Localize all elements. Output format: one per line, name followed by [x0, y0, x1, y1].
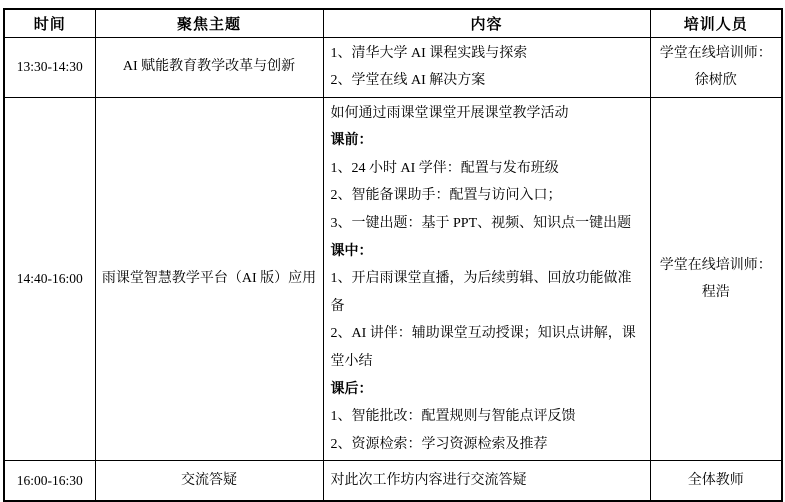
- header-time: 时间: [4, 9, 95, 37]
- content-line: 2、学堂在线 AI 解决方案: [331, 67, 643, 95]
- content-cell: 对此次工作坊内容进行交流答疑: [323, 461, 650, 501]
- time-cell: 16:00-16:30: [4, 461, 95, 501]
- topic-cell: AI 赋能教育教学改革与创新: [95, 37, 323, 97]
- content-line: 1、24 小时 AI 学伴：配置与发布班级: [331, 155, 643, 183]
- content-line: 2、资源检索：学习资源检索及推荐: [331, 431, 643, 459]
- trainer-line: 学堂在线培训师：: [655, 252, 778, 280]
- schedule-table: 时间 聚焦主题 内容 培训人员 13:30-14:30AI 赋能教育教学改革与创…: [3, 8, 783, 502]
- content-line: 2、智能备课助手：配置与访问入口；: [331, 182, 643, 210]
- trainer-cell: 学堂在线培训师：徐树欣: [650, 37, 782, 97]
- header-topic: 聚焦主题: [95, 9, 323, 37]
- trainer-line: 全体教师: [655, 467, 778, 495]
- trainer-line: 徐树欣: [655, 67, 778, 95]
- content-section-heading: 课前：: [331, 127, 643, 155]
- header-row: 时间 聚焦主题 内容 培训人员: [4, 9, 782, 37]
- header-trainer: 培训人员: [650, 9, 782, 37]
- trainer-cell: 全体教师: [650, 461, 782, 501]
- time-cell: 14:40-16:00: [4, 97, 95, 461]
- content-line: 1、开启雨课堂直播，为后续剪辑、回放功能做准备: [331, 265, 643, 320]
- content-line: 1、智能批改：配置规则与智能点评反馈: [331, 403, 643, 431]
- content-line: 1、清华大学 AI 课程实践与探索: [331, 40, 643, 68]
- content-line: 3、一键出题：基于 PPT、视频、知识点一键出题: [331, 210, 643, 238]
- time-cell: 13:30-14:30: [4, 37, 95, 97]
- topic-cell: 交流答疑: [95, 461, 323, 501]
- content-cell: 1、清华大学 AI 课程实践与探索2、学堂在线 AI 解决方案: [323, 37, 650, 97]
- content-section-heading: 课中：: [331, 238, 643, 266]
- trainer-line: 程浩: [655, 279, 778, 307]
- content-cell: 如何通过雨课堂课堂开展课堂教学活动课前：1、24 小时 AI 学伴：配置与发布班…: [323, 97, 650, 461]
- document-page: 时间 聚焦主题 内容 培训人员 13:30-14:30AI 赋能教育教学改革与创…: [0, 0, 785, 479]
- trainer-line: 学堂在线培训师：: [655, 40, 778, 68]
- topic-cell: 雨课堂智慧教学平台（AI 版）应用: [95, 97, 323, 461]
- table-row: 13:30-14:30AI 赋能教育教学改革与创新1、清华大学 AI 课程实践与…: [4, 37, 782, 97]
- header-content: 内容: [323, 9, 650, 37]
- trainer-cell: 学堂在线培训师：程浩: [650, 97, 782, 461]
- table-row: 16:00-16:30交流答疑对此次工作坊内容进行交流答疑全体教师: [4, 461, 782, 501]
- content-section-heading: 课后：: [331, 376, 643, 404]
- content-line: 2、AI 讲伴：辅助课堂互动授课；知识点讲解，课堂小结: [331, 320, 643, 375]
- table-row: 14:40-16:00雨课堂智慧教学平台（AI 版）应用如何通过雨课堂课堂开展课…: [4, 97, 782, 461]
- content-line: 如何通过雨课堂课堂开展课堂教学活动: [331, 100, 643, 128]
- content-line: 对此次工作坊内容进行交流答疑: [331, 467, 643, 495]
